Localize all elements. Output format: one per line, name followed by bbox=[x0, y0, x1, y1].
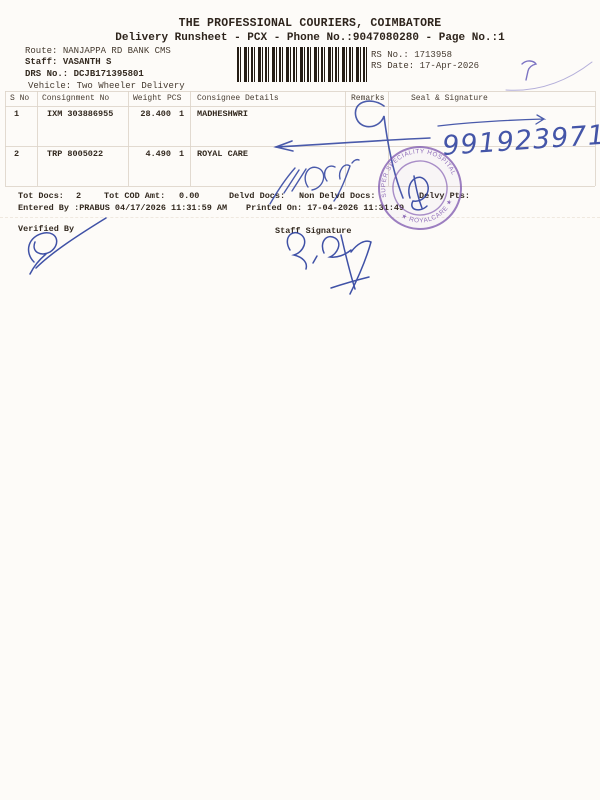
col-header-seal: Seal & Signature bbox=[411, 94, 488, 103]
drs-line: DRS No.: DCJB171395801 bbox=[25, 69, 144, 79]
svg-text:★ ROYALCARE ★: ★ ROYALCARE ★ bbox=[398, 196, 458, 231]
rs-no-line: RS No.: 1713958 bbox=[371, 50, 452, 60]
drs-label: DRS No.: bbox=[25, 69, 68, 79]
document-title: THE PROFESSIONAL COURIERS, COIMBATORE bbox=[10, 17, 600, 30]
row2-sno: 2 bbox=[14, 149, 19, 159]
delvy-pts-label: Delvy Pts: bbox=[419, 191, 470, 201]
table-col-divider bbox=[37, 91, 38, 186]
rs-no-value: 1713958 bbox=[414, 50, 452, 60]
col-header-consignee: Consignee Details bbox=[197, 94, 279, 103]
table-col-divider bbox=[388, 91, 389, 186]
rs-no-label: RS No.: bbox=[371, 50, 409, 60]
vehicle-label: Vehicle: bbox=[28, 81, 71, 91]
hospital-stamp: SUPER SPECIALITY HOSPITAL ★ ROYALCARE ★ bbox=[368, 136, 471, 239]
table-col-divider bbox=[128, 91, 129, 186]
row1-consignment: IXM 303886955 bbox=[47, 109, 113, 119]
row1-sno: 1 bbox=[14, 109, 19, 119]
staff-signature-label: Staff Signature bbox=[275, 226, 352, 236]
staff-label: Staff: bbox=[25, 57, 57, 67]
vehicle-value: Two Wheeler Delivery bbox=[77, 81, 185, 91]
rs-date-label: RS Date: bbox=[371, 61, 414, 71]
row1-pcs: 1 bbox=[179, 109, 184, 119]
route-label: Route: bbox=[25, 46, 57, 56]
table-border-left bbox=[5, 91, 6, 186]
tot-cod-label: Tot COD Amt: bbox=[104, 191, 165, 201]
route-value: NANJAPPA RD BANK CMS bbox=[63, 46, 171, 56]
pen-flourish bbox=[276, 101, 544, 198]
non-delvd-docs-label: Non Delvd Docs: bbox=[299, 191, 376, 201]
col-header-sno: S No bbox=[10, 94, 29, 103]
row1-weight: 28.400 bbox=[128, 109, 171, 119]
table-border-top bbox=[5, 91, 595, 92]
tot-docs-value: 2 bbox=[76, 191, 81, 201]
tot-cod-value: 0.00 bbox=[179, 191, 199, 201]
col-header-weight: Weight bbox=[133, 94, 162, 103]
ink-annotations-layer: 9919239718 bbox=[0, 0, 600, 800]
table-border-right bbox=[595, 91, 596, 186]
table-border-bottom bbox=[5, 186, 595, 187]
table-header-divider bbox=[5, 106, 595, 107]
rs-date-line: RS Date: 17-Apr-2026 bbox=[371, 61, 479, 71]
stamp-outer-ring bbox=[368, 136, 471, 239]
staff-value: VASANTH S bbox=[63, 57, 112, 67]
route-line: Route: NANJAPPA RD BANK CMS bbox=[25, 46, 171, 56]
staff-line: Staff: VASANTH S bbox=[25, 57, 111, 67]
row2-consignment: TRP 8005022 bbox=[47, 149, 103, 159]
row2-pcs: 1 bbox=[179, 149, 184, 159]
table-col-divider bbox=[345, 91, 346, 186]
stamp-bottom-text: ★ ROYALCARE ★ bbox=[398, 196, 458, 231]
entered-by-line: Entered By :PRABUS 04/17/2026 11:31:59 A… bbox=[18, 203, 227, 213]
table-col-divider bbox=[190, 91, 191, 186]
rs-date-value: 17-Apr-2026 bbox=[420, 61, 479, 71]
barcode-icon bbox=[237, 47, 368, 82]
handwritten-phone-number: 9919239718 bbox=[441, 118, 600, 162]
tot-docs-label: Tot Docs: bbox=[18, 191, 64, 201]
document-subtitle: Delivery Runsheet - PCX - Phone No.:9047… bbox=[10, 32, 600, 44]
vehicle-line: Vehicle: Two Wheeler Delivery bbox=[28, 81, 185, 91]
table-row-divider bbox=[5, 146, 595, 147]
delivery-runsheet-document: THE PROFESSIONAL COURIERS, COIMBATORE De… bbox=[0, 0, 600, 800]
row2-weight: 4.490 bbox=[128, 149, 171, 159]
printed-on-line: Printed On: 17-04-2026 11:31:49 bbox=[246, 203, 404, 213]
col-header-remarks: Remarks bbox=[351, 94, 385, 103]
staff-signature bbox=[287, 233, 371, 294]
row1-consignee: MADHESHWRI bbox=[197, 109, 248, 119]
row2-consignee: ROYAL CARE bbox=[197, 149, 248, 159]
col-header-pcs: PCS bbox=[167, 94, 181, 103]
pen-mark-top-right bbox=[506, 61, 592, 90]
drs-value: DCJB171395801 bbox=[74, 69, 144, 79]
col-header-consignment: Consignment No bbox=[42, 94, 109, 103]
verified-by-label: Verified By bbox=[18, 224, 74, 234]
delvd-docs-label: Delvd Docs: bbox=[229, 191, 285, 201]
fold-line bbox=[0, 217, 600, 218]
